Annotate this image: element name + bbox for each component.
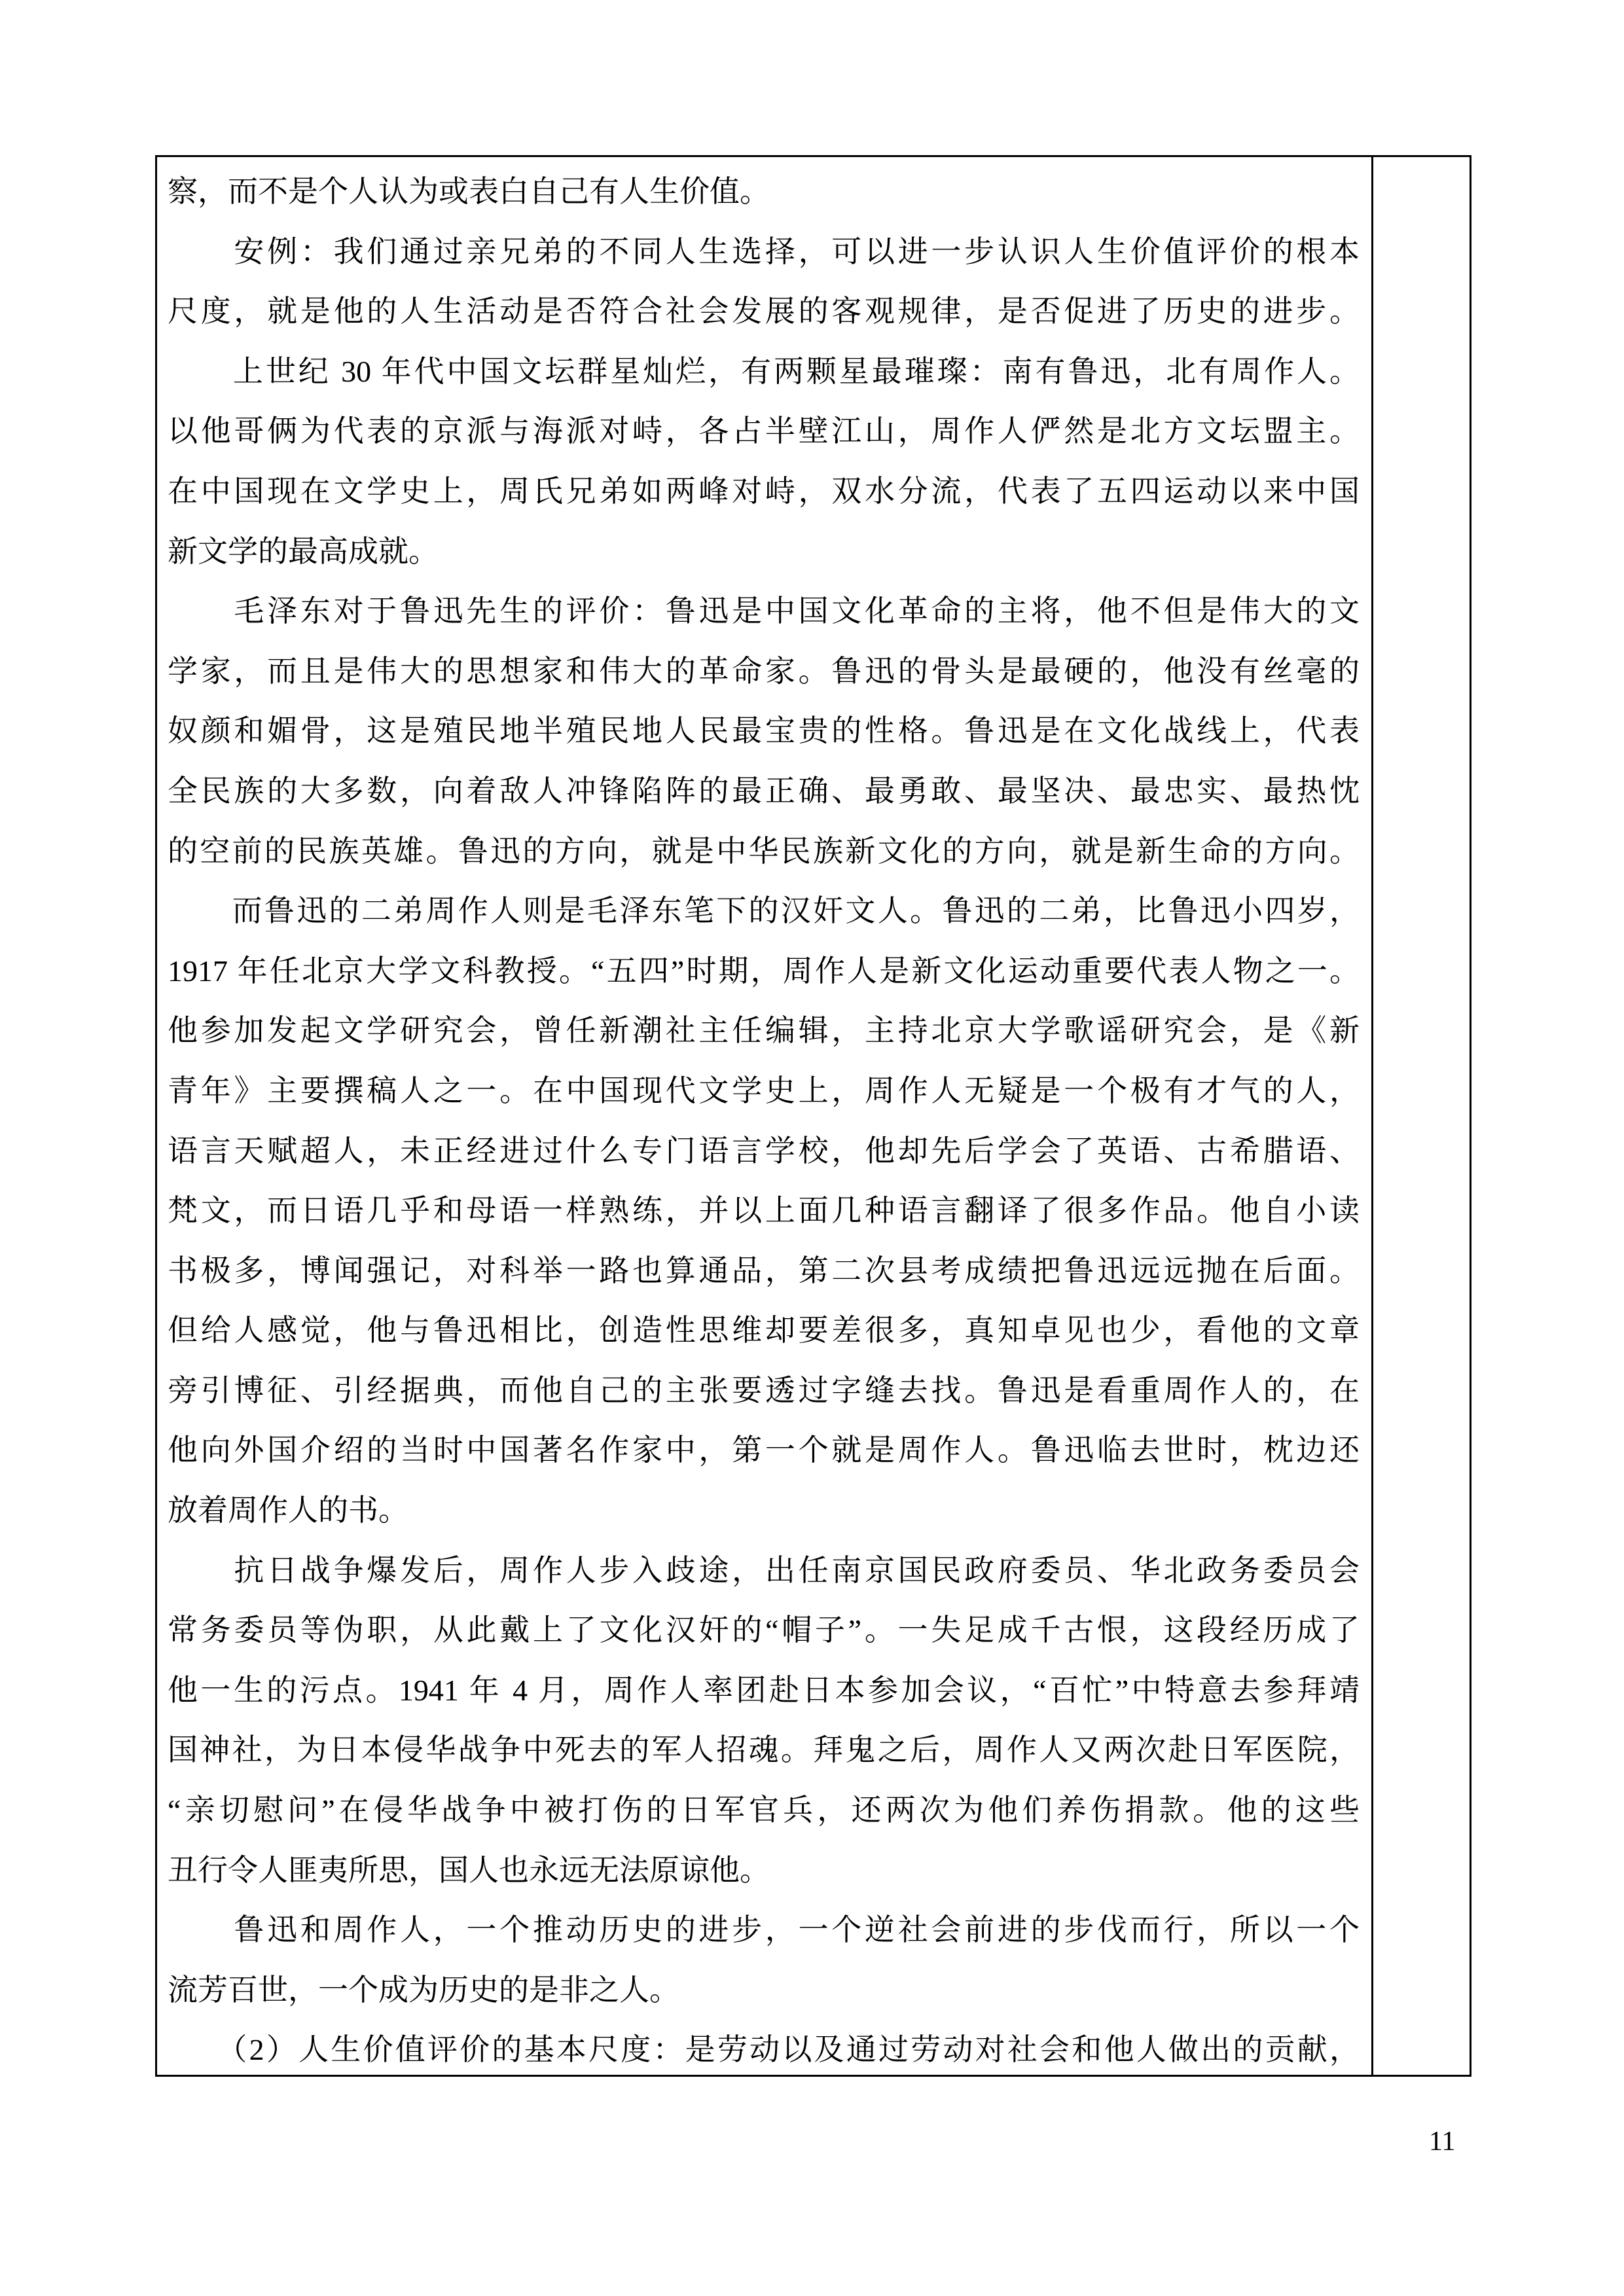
content-cell: 察，而不是个人认为或表白自己有人生价值。 安例：我们通过亲兄弟的不同人生选择，可… <box>157 157 1373 2075</box>
text-line: 以他哥俩为代表的京派与海派对峙，各占半壁江山，周作人俨然是北方文坛盟主。 <box>168 401 1360 461</box>
text-line: 察，而不是个人认为或表白自己有人生价值。 <box>168 162 1360 222</box>
text-line: 学家，而且是伟大的思想家和伟大的革命家。鲁迅的骨头是最硬的，他没有丝毫的 <box>168 641 1360 702</box>
text-line: 尺度，就是他的人生活动是否符合社会发展的客观规律，是否促进了历史的进步。 <box>168 281 1360 342</box>
text-line: 毛泽东对于鲁迅先生的评价：鲁迅是中国文化革命的主将，他不但是伟大的文 <box>168 581 1360 641</box>
text-line: 他一生的污点。1941 年 4 月，周作人率团赴日本参加会议，“百忙”中特意去参… <box>168 1660 1360 1721</box>
text-line: 奴颜和媚骨，这是殖民地半殖民地人民最宝贵的性格。鲁迅是在文化战线上，代表 <box>168 701 1360 761</box>
text-line: 青年》主要撰稿人之一。在中国现代文学史上，周作人无疑是一个极有才气的人， <box>168 1061 1360 1121</box>
text-line: （2）人生价值评价的基本尺度：是劳动以及通过劳动对社会和他人做出的贡献， <box>168 2020 1360 2075</box>
text-line: 梵文，而日语几乎和母语一样熟练，并以上面几种语言翻译了很多作品。他自小读 <box>168 1181 1360 1241</box>
side-notes-cell <box>1373 157 1470 2075</box>
text-line: “亲切慰问”在侵华战争中被打伤的日军官兵，还两次为他们养伤捐款。他的这些 <box>168 1780 1360 1840</box>
text-line: 旁引博征、引经据典，而他自己的主张要透过字缝去找。鲁迅是看重周作人的，在 <box>168 1361 1360 1421</box>
text-line: 他参加发起文学研究会，曾任新潮社主任编辑，主持北京大学歌谣研究会，是《新 <box>168 1001 1360 1061</box>
text-line: 但给人感觉，他与鲁迅相比，创造性思维却要差很多，真知卓见也少，看他的文章 <box>168 1300 1360 1361</box>
text-line: 他向外国介绍的当时中国著名作家中，第一个就是周作人。鲁迅临去世时，枕边还 <box>168 1420 1360 1480</box>
text-line: 国神社，为日本侵华战争中死去的军人招魂。拜鬼之后，周作人又两次赴日军医院， <box>168 1720 1360 1780</box>
text-line: 安例：我们通过亲兄弟的不同人生选择，可以进一步认识人生价值评价的根本 <box>168 222 1360 282</box>
text-line: 丑行令人匪夷所思，国人也永远无法原谅他。 <box>168 1840 1360 1901</box>
page-number: 11 <box>1429 2126 1455 2157</box>
text-line: 新文学的最高成就。 <box>168 522 1360 582</box>
document-page: 察，而不是个人认为或表白自己有人生价值。 安例：我们通过亲兄弟的不同人生选择，可… <box>0 0 1624 2296</box>
text-line: 常务委员等伪职，从此戴上了文化汉奸的“帽子”。一失足成千古恨，这段经历成了 <box>168 1600 1360 1660</box>
text-line: 抗日战争爆发后，周作人步入歧途，出任南京国民政府委员、华北政务委员会 <box>168 1541 1360 1601</box>
text-line: 书极多，博闻强记，对科举一路也算通品，第二次县考成绩把鲁迅远远抛在后面。 <box>168 1241 1360 1301</box>
text-line: 全民族的大多数，向着敌人冲锋陷阵的最正确、最勇敢、最坚决、最忠实、最热忱 <box>168 761 1360 821</box>
text-line: 而鲁迅的二弟周作人则是毛泽东笔下的汉奸文人。鲁迅的二弟，比鲁迅小四岁， <box>168 881 1360 941</box>
text-line: 的空前的民族英雄。鲁迅的方向，就是中华民族新文化的方向，就是新生命的方向。 <box>168 821 1360 882</box>
text-line: 流芳百世，一个成为历史的是非之人。 <box>168 1960 1360 2020</box>
lesson-plan-table: 察，而不是个人认为或表白自己有人生价值。 安例：我们通过亲兄弟的不同人生选择，可… <box>155 155 1471 2077</box>
text-line: 语言天赋超人，未正经进过什么专门语言学校，他却先后学会了英语、古希腊语、 <box>168 1121 1360 1181</box>
text-line: 在中国现在文学史上，周氏兄弟如两峰对峙，双水分流，代表了五四运动以来中国 <box>168 461 1360 522</box>
text-line: 1917 年任北京大学文科教授。“五四”时期，周作人是新文化运动重要代表人物之一… <box>168 941 1360 1001</box>
text-line: 放着周作人的书。 <box>168 1480 1360 1541</box>
text-line: 上世纪 30 年代中国文坛群星灿烂，有两颗星最璀璨：南有鲁迅，北有周作人。 <box>168 342 1360 402</box>
text-line: 鲁迅和周作人，一个推动历史的进步，一个逆社会前进的步伐而行，所以一个 <box>168 1900 1360 1960</box>
